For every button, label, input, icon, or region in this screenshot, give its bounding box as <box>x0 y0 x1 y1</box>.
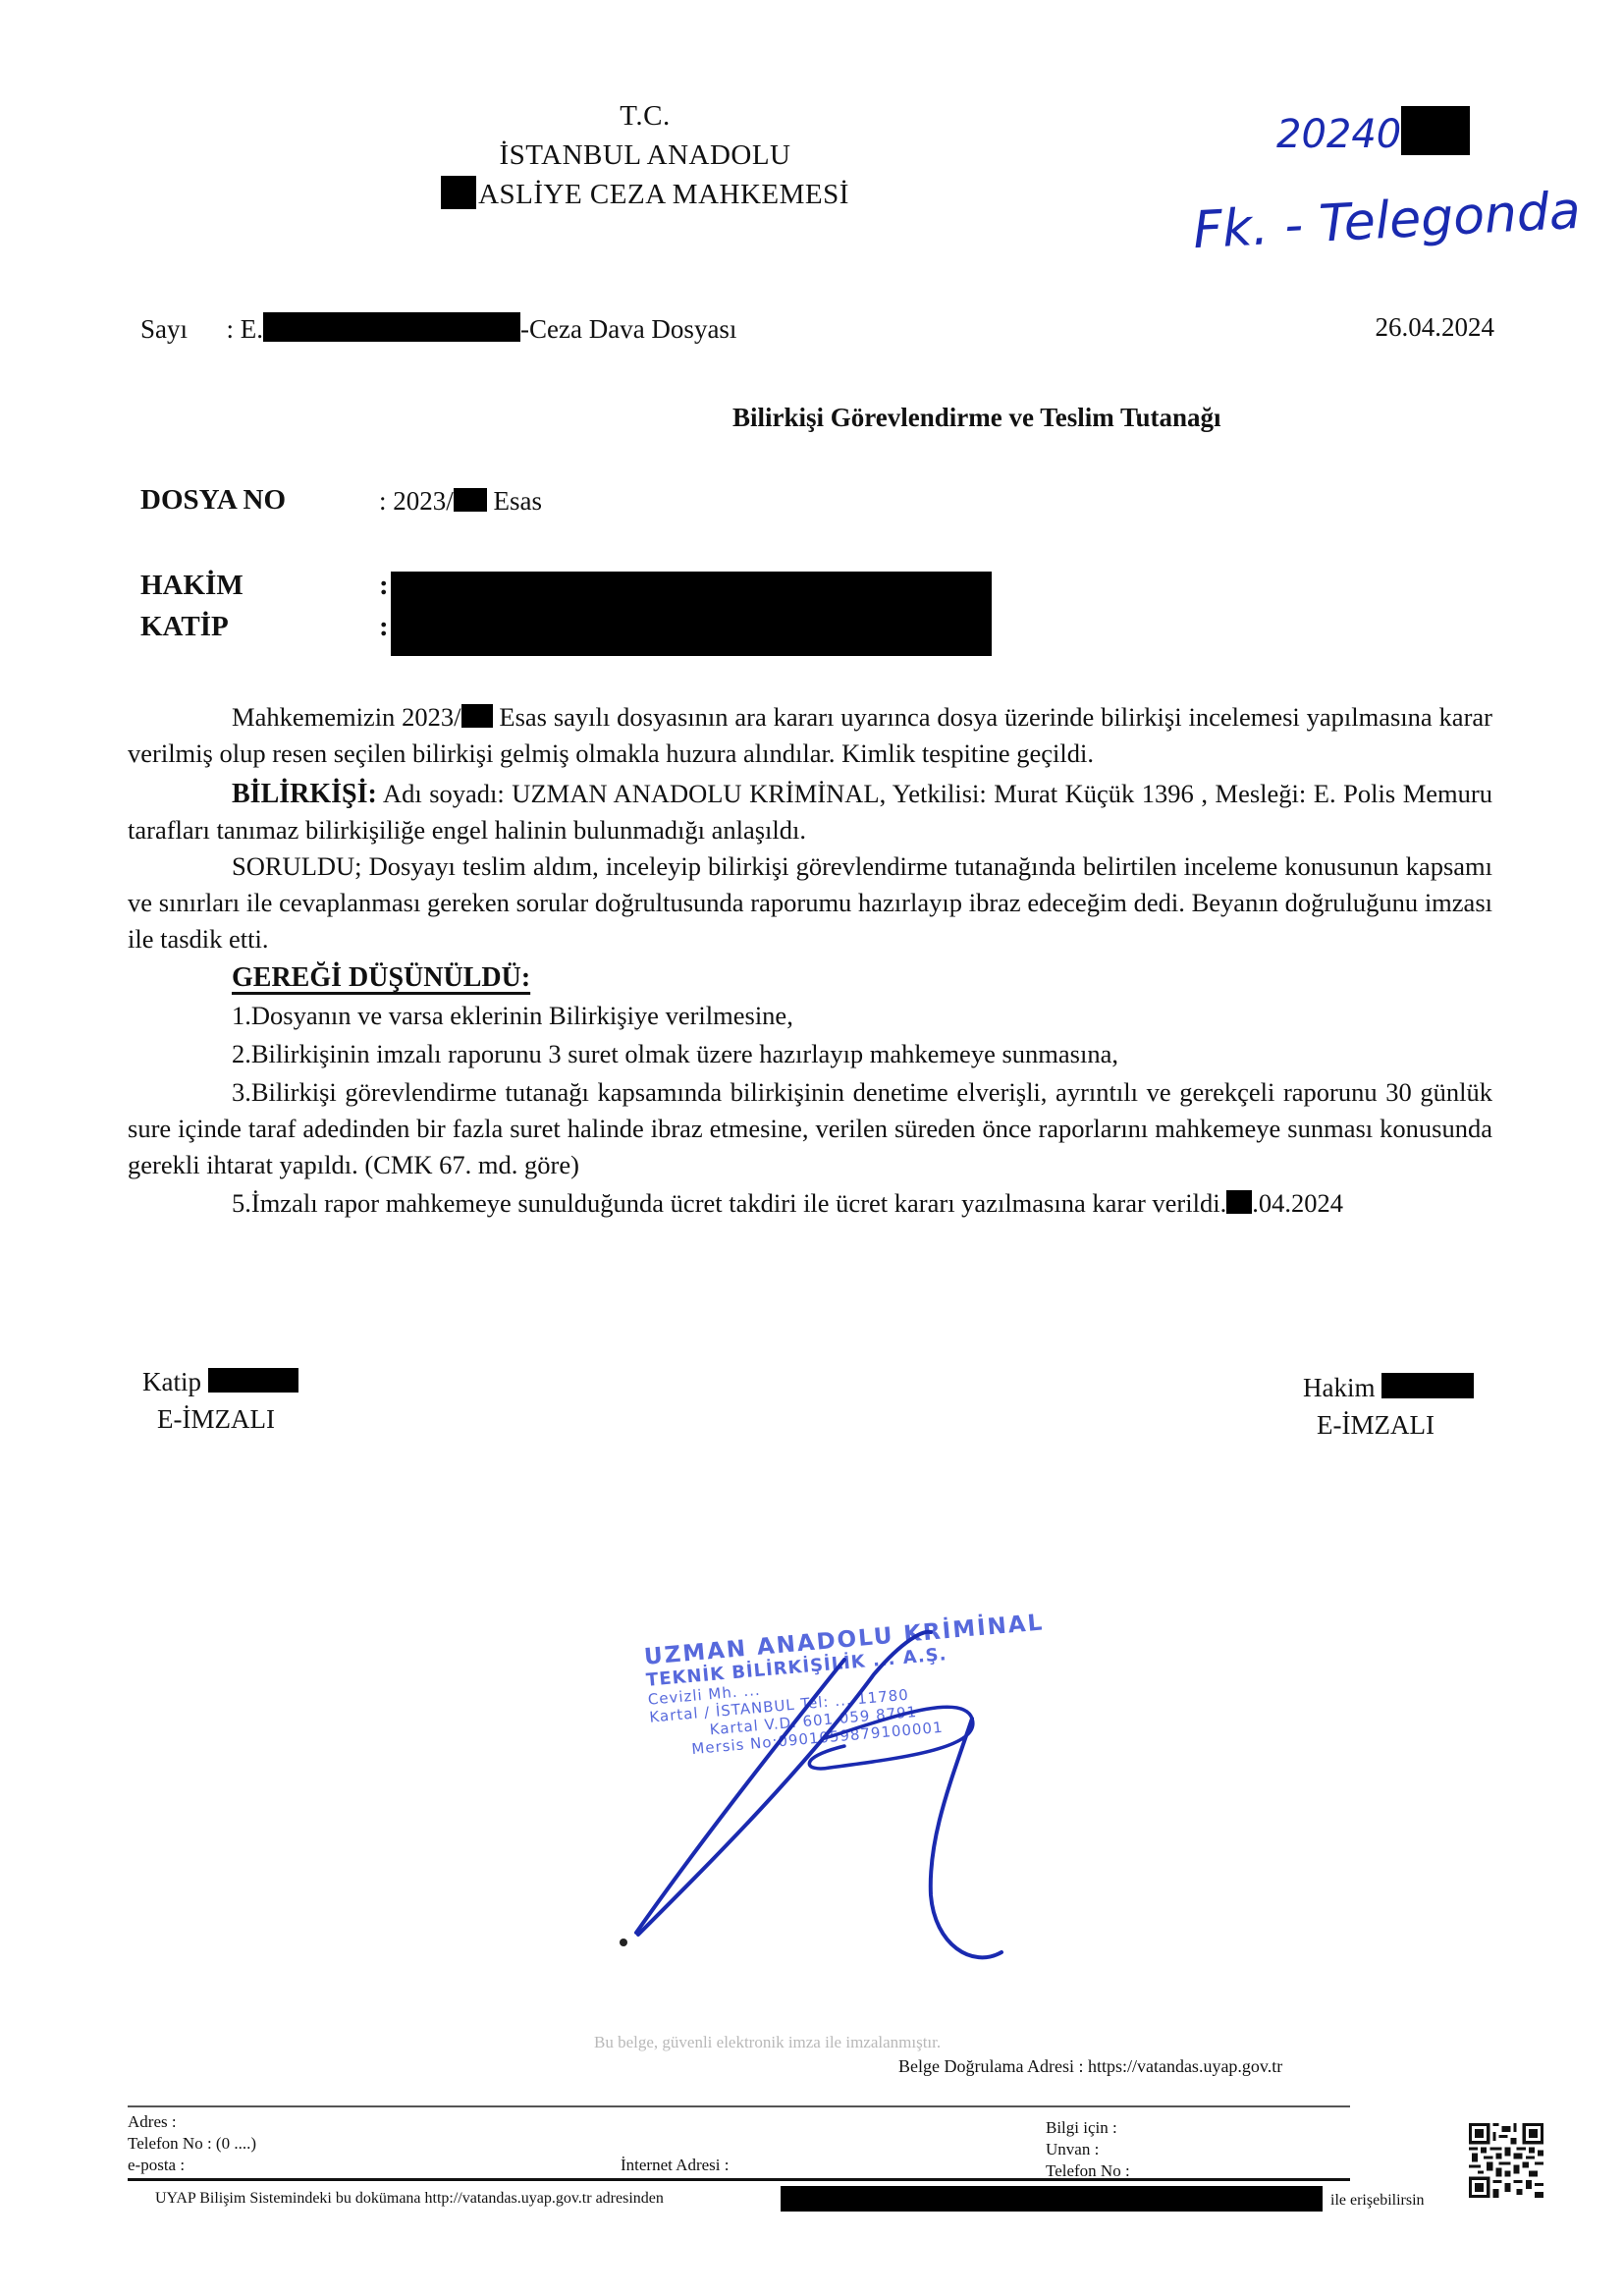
handwritten-number: 20240 <box>1276 106 1470 157</box>
handwritten-signature <box>550 1611 1041 1984</box>
header-tc: T.C. <box>0 96 1457 136</box>
section-heading: GEREĞİ DÜŞÜNÜLDÜ: <box>128 959 1492 996</box>
verification-address: Belge Doğrulama Adresi : https://vatanda… <box>898 2056 1282 2077</box>
hakim-colon: : <box>379 570 389 602</box>
internet-address-label: İnternet Adresi : <box>621 2155 729 2176</box>
footer-contact-left: Adres : Telefon No : (0 ....) e-posta : <box>128 2111 256 2176</box>
footer-contact-right: Bilgi için : Unvan : Telefon No : <box>1046 2117 1130 2182</box>
redaction <box>263 312 520 342</box>
redaction <box>441 176 476 209</box>
dosya-no-value: : 2023/ Esas <box>379 486 542 517</box>
title-label: Unvan : <box>1046 2139 1130 2160</box>
katip-signature: Katip E-İMZALI <box>142 1363 298 1438</box>
katip-esign-status: E-İMZALI <box>142 1400 298 1438</box>
katip-colon: : <box>379 611 389 643</box>
document-body: Mahkememizin 2023/ Esas sayılı dosyasını… <box>128 699 1492 1222</box>
sayi-label: Sayı <box>140 314 188 344</box>
sayi-suffix: -Ceza Dava Dosyası <box>520 314 736 344</box>
footer-bottom-rule <box>128 2178 1350 2181</box>
hakim-signature: Hakim E-İMZALI <box>1303 1369 1474 1444</box>
paragraph-asked: SORULDU; Dosyayı teslim aldım, inceleyip… <box>128 848 1492 957</box>
decision-item: 2.Bilirkişinin imzalı raporunu 3 suret o… <box>128 1036 1492 1072</box>
email-label: e-posta : <box>128 2155 256 2176</box>
redaction <box>1226 1190 1252 1214</box>
footer-top-rule <box>128 2105 1350 2107</box>
redaction <box>1401 106 1470 155</box>
header-city: İSTANBUL ANADOLU <box>0 136 1457 175</box>
dosya-no-label: DOSYA NO <box>140 484 286 517</box>
esign-note: Bu belge, güvenli elektronik imza ile im… <box>594 2033 941 2052</box>
redaction <box>454 488 487 512</box>
decision-item: 5.İmzalı rapor mahkemeye sunulduğunda üc… <box>128 1185 1492 1222</box>
paragraph-intro: Mahkememizin 2023/ Esas sayılı dosyasını… <box>128 699 1492 772</box>
uyap-access-note: UYAP Bilişim Sistemindeki bu dokümana ht… <box>155 2188 664 2210</box>
info-label: Bilgi için : <box>1046 2117 1130 2139</box>
sayi-prefix: : E. <box>227 314 264 344</box>
redaction-names <box>391 572 992 656</box>
redaction <box>461 704 493 728</box>
decision-item: 3.Bilirkişi görevlendirme tutanağı kapsa… <box>128 1074 1492 1183</box>
court-header: T.C. İSTANBUL ANADOLU ASLİYE CEZA MAHKEM… <box>0 96 1457 214</box>
decision-item: 1.Dosyanın ve varsa eklerinin Bilirkişiy… <box>128 998 1492 1034</box>
qr-code-icon[interactable] <box>1469 2123 1543 2198</box>
redaction <box>208 1368 298 1393</box>
reference-number: Sayı : E.-Ceza Dava Dosyası <box>140 312 736 345</box>
paragraph-expert: BİLİRKİŞİ: Adı soyadı: UZMAN ANADOLU KRİ… <box>128 776 1492 848</box>
uyap-access-suffix: ile erişebilirsin <box>1330 2190 1425 2212</box>
redaction-access-code <box>781 2186 1323 2212</box>
document-date: 26.04.2024 <box>1376 312 1495 343</box>
katip-label: KATİP <box>140 611 229 643</box>
address-label: Adres : <box>128 2111 256 2133</box>
phone-label: Telefon No : (0 ....) <box>128 2133 256 2155</box>
header-court-name: ASLİYE CEZA MAHKEMESİ <box>478 179 849 210</box>
hakim-label: HAKİM <box>140 570 244 602</box>
document-title: Bilirkişi Görevlendirme ve Teslim Tutana… <box>732 403 1221 433</box>
expert-label: BİLİRKİŞİ: <box>232 779 377 809</box>
hakim-esign-status: E-İMZALI <box>1303 1406 1474 1444</box>
redaction <box>1381 1373 1474 1398</box>
